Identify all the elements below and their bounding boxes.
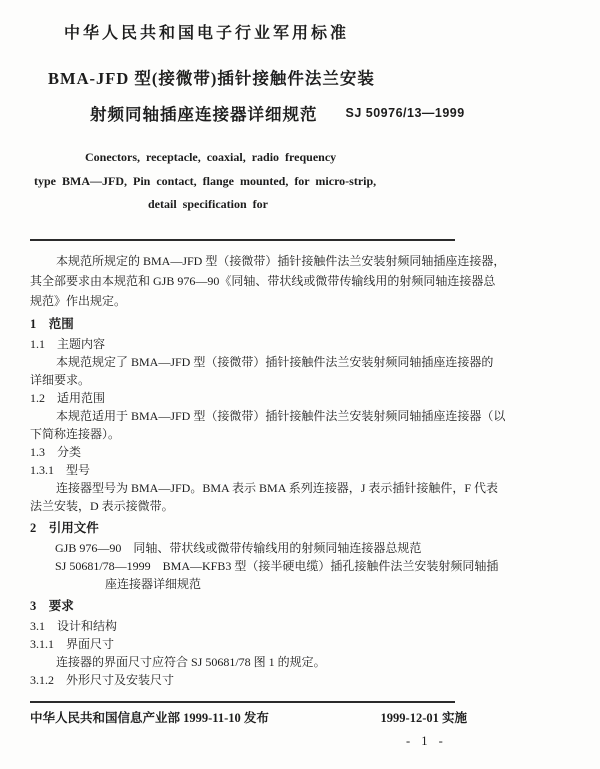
paragraph-line: 详细要求。: [30, 371, 462, 389]
footer-divider: [30, 701, 455, 703]
paragraph-line: 连接器的界面尺寸应符合 SJ 50681/78 图 1 的规定。: [30, 653, 462, 671]
subsection-heading-classification: 1.3 分类: [30, 443, 462, 461]
section-heading-scope: 1 范围: [30, 315, 462, 333]
paragraph-line: 本规范适用于 BMA—JFD 型（接微带）插针接触件法兰安装射频同轴插座连接器（…: [30, 407, 462, 425]
paragraph-line: 连接器型号为 BMA—JFD。BMA 表示 BMA 系列连接器，J 表示插针接触…: [30, 479, 462, 497]
standard-type-heading: 中华人民共和国电子行业军用标准: [64, 20, 470, 43]
reference-item-continuation: 座连接器详细规范: [30, 575, 462, 593]
intro-paragraph: 本规范所规定的 BMA—JFD 型（接微带）插针接触件法兰安装射频同轴插座连接器…: [30, 251, 462, 311]
paragraph-line: 下简称连接器）。: [30, 425, 462, 443]
english-title-line1: Conectors, receptacle, coaxial, radio fr…: [85, 150, 470, 165]
footer-issue-text: 中华人民共和国信息产业部 1999-11-10 发布: [30, 708, 269, 726]
section-heading-requirements: 3 要求: [30, 597, 462, 615]
subsection-heading-interface: 3.1.1 界面尺寸: [30, 635, 462, 653]
subsection-heading-subject: 1.1 主题内容: [30, 335, 462, 353]
document-title-row: 射频同轴插座连接器详细规范 SJ 50976/13—1999: [30, 101, 470, 125]
subsection-heading-outline: 3.1.2 外形尺寸及安装尺寸: [30, 671, 462, 689]
document-title-line2: 射频同轴插座连接器详细规范: [90, 101, 318, 125]
page-content: 中华人民共和国电子行业军用标准 BMA-JFD 型(接微带)插针接触件法兰安装 …: [30, 20, 470, 689]
scanned-standard-document-page: 中华人民共和国电子行业军用标准 BMA-JFD 型(接微带)插针接触件法兰安装 …: [0, 0, 600, 769]
reference-item: GJB 976—90 同轴、带状线或微带传输线用的射频同轴连接器总规范: [30, 539, 462, 557]
page-number: - 1 -: [406, 734, 447, 749]
subsection-heading-model: 1.3.1 型号: [30, 461, 462, 479]
english-title-line3: detail specification for: [148, 197, 470, 212]
intro-line: 其全部要求由本规范和 GJB 976—90《同轴、带状线或微带传输线用的射频同轴…: [30, 271, 462, 291]
footer-implement-text: 1999-12-01 实施: [381, 708, 467, 726]
document-body: 本规范所规定的 BMA—JFD 型（接微带）插针接触件法兰安装射频同轴插座连接器…: [30, 251, 462, 689]
intro-line: 规范》作出规定。: [30, 291, 462, 311]
standard-number: SJ 50976/13—1999: [346, 106, 465, 120]
footer: 中华人民共和国信息产业部 1999-11-10 发布 1999-12-01 实施: [30, 708, 467, 726]
subsection-heading-applicability: 1.2 适用范围: [30, 389, 462, 407]
intro-line: 本规范所规定的 BMA—JFD 型（接微带）插针接触件法兰安装射频同轴插座连接器…: [30, 251, 462, 271]
paragraph-line: 法兰安装，D 表示接微带。: [30, 497, 462, 515]
paragraph-line: 本规范规定了 BMA—JFD 型（接微带）插针接触件法兰安装射频同轴插座连接器的: [30, 353, 462, 371]
header-divider: [30, 239, 455, 241]
section-heading-references: 2 引用文件: [30, 519, 462, 537]
subsection-heading-design: 3.1 设计和结构: [30, 617, 462, 635]
reference-item: SJ 50681/78—1999 BMA—KFB3 型（接半硬电缆）插孔接触件法…: [30, 557, 462, 575]
english-title-line2: type BMA—JFD, Pin contact, flange mounte…: [34, 174, 470, 189]
document-title-line1: BMA-JFD 型(接微带)插针接触件法兰安装: [48, 65, 470, 89]
